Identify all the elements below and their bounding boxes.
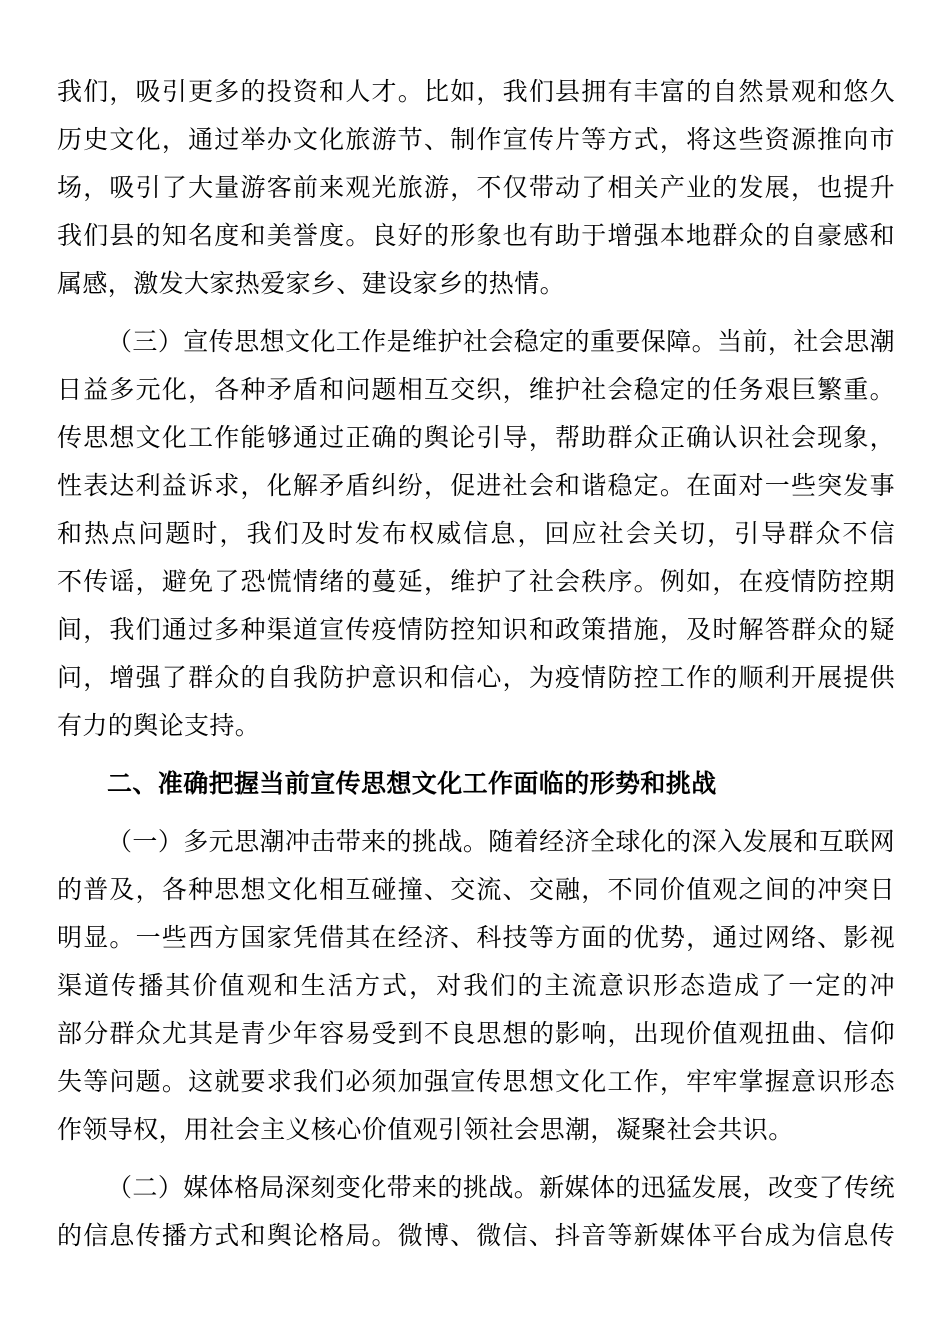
paragraph: （一）多元思潮冲击带来的挑战。随着经济全球化的深入发展和互联网的普及，各种思想文… [57,818,895,1154]
text-line: （一）多元思潮冲击带来的挑战。随着经济全球化的深入发展和互联网 [57,818,895,866]
section-heading: 二、准确把握当前宣传思想文化工作面临的形势和挑战 [57,760,895,808]
paragraph: （二）媒体格局深刻变化带来的挑战。新媒体的迅猛发展，改变了传统的信息传播方式和舆… [57,1164,895,1260]
text-line: 历史文化，通过举办文化旅游节、制作宣传片等方式，将这些资源推向市 [57,116,895,164]
text-line: 部分群众尤其是青少年容易受到不良思想的影响，出现价值观扭曲、信仰缺 [57,1010,895,1058]
paragraph: 我们，吸引更多的投资和人才。比如，我们县拥有丰富的自然景观和悠久的历史文化，通过… [57,68,895,308]
text-line: 属感，激发大家热爱家乡、建设家乡的热情。 [57,260,895,308]
text-line: 传思想文化工作能够通过正确的舆论引导，帮助群众正确认识社会现象，理 [57,414,895,462]
text-line: 我们，吸引更多的投资和人才。比如，我们县拥有丰富的自然景观和悠久的 [57,68,895,116]
text-line: 日益多元化，各种矛盾和问题相互交织，维护社会稳定的任务艰巨繁重。宣 [57,366,895,414]
text-line: 不传谣，避免了恐慌情绪的蔓延，维护了社会秩序。例如，在疫情防控期 [57,558,895,606]
paragraph: （三）宣传思想文化工作是维护社会稳定的重要保障。当前，社会思潮日益多元化，各种矛… [57,318,895,750]
text-line: 和热点问题时，我们及时发布权威信息，回应社会关切，引导群众不信谣、 [57,510,895,558]
text-line: 作领导权，用社会主义核心价值观引领社会思潮，凝聚社会共识。 [57,1106,895,1154]
text-line: 问，增强了群众的自我防护意识和信心，为疫情防控工作的顺利开展提供了 [57,654,895,702]
document-body: 我们，吸引更多的投资和人才。比如，我们县拥有丰富的自然景观和悠久的历史文化，通过… [57,68,895,1260]
document-page: 我们，吸引更多的投资和人才。比如，我们县拥有丰富的自然景观和悠久的历史文化，通过… [0,0,950,1344]
text-line: 明显。一些西方国家凭借其在经济、科技等方面的优势，通过网络、影视等 [57,914,895,962]
text-line: 性表达利益诉求，化解矛盾纠纷，促进社会和谐稳定。在面对一些突发事件 [57,462,895,510]
text-line: 的信息传播方式和舆论格局。微博、微信、抖音等新媒体平台成为信息传播 [57,1212,895,1260]
text-line: 有力的舆论支持。 [57,702,895,750]
text-line: 我们县的知名度和美誉度。良好的形象也有助于增强本地群众的自豪感和归 [57,212,895,260]
text-line: 失等问题。这就要求我们必须加强宣传思想文化工作，牢牢掌握意识形态工 [57,1058,895,1106]
text-line: （二）媒体格局深刻变化带来的挑战。新媒体的迅猛发展，改变了传统 [57,1164,895,1212]
text-line: 渠道传播其价值观和生活方式，对我们的主流意识形态造成了一定的冲击。 [57,962,895,1010]
heading-text-line: 二、准确把握当前宣传思想文化工作面临的形势和挑战 [57,760,895,808]
text-line: 的普及，各种思想文化相互碰撞、交流、交融，不同价值观之间的冲突日益 [57,866,895,914]
text-line: 间，我们通过多种渠道宣传疫情防控知识和政策措施，及时解答群众的疑 [57,606,895,654]
text-line: 场，吸引了大量游客前来观光旅游，不仅带动了相关产业的发展，也提升了 [57,164,895,212]
text-line: （三）宣传思想文化工作是维护社会稳定的重要保障。当前，社会思潮 [57,318,895,366]
